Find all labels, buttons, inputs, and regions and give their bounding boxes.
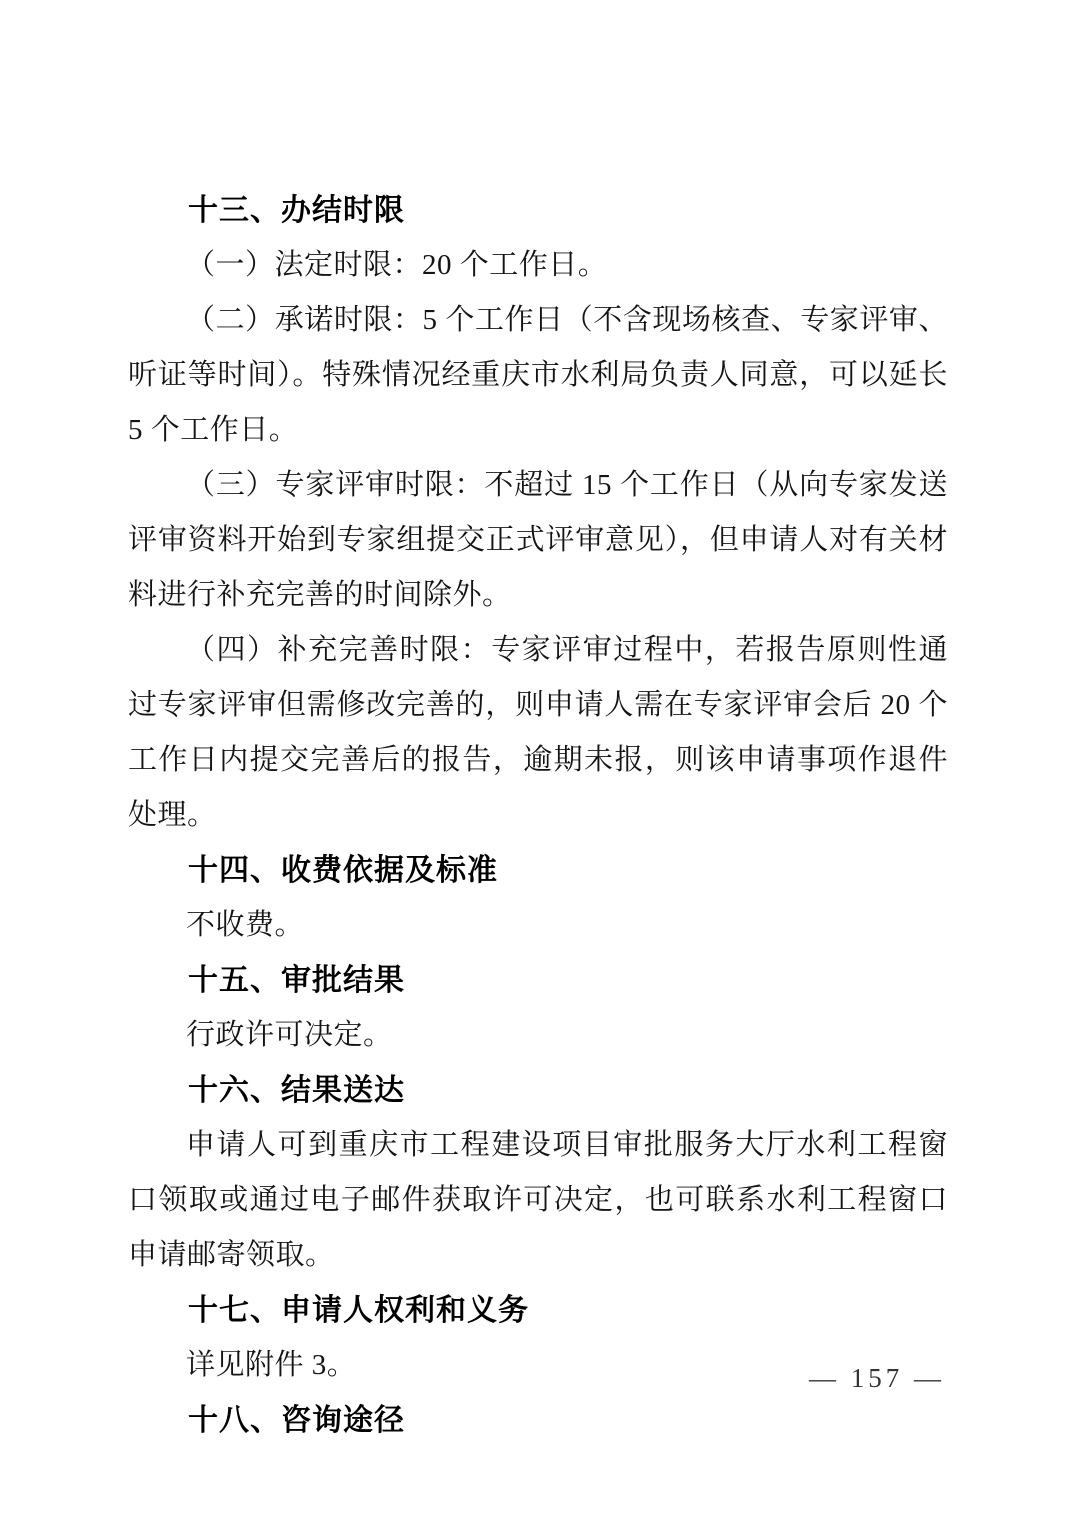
section-heading-14: 十四、收费依据及标准 xyxy=(128,843,948,898)
section-heading-16: 十六、结果送达 xyxy=(128,1063,948,1118)
document-body: 十三、办结时限 （一）法定时限：20 个工作日。 （二）承诺时限：5 个工作日（… xyxy=(128,183,948,1448)
page-number: — 157 — xyxy=(809,1362,945,1394)
paragraph-legal-limit: （一）法定时限：20 个工作日。 xyxy=(128,238,948,293)
paragraph-supplement-limit: （四）补充完善时限：专家评审过程中，若报告原则性通过专家评审但需修改完善的，则申… xyxy=(128,623,948,843)
document-page: 十三、办结时限 （一）法定时限：20 个工作日。 （二）承诺时限：5 个工作日（… xyxy=(0,0,1075,1519)
section-heading-13: 十三、办结时限 xyxy=(128,183,948,238)
section-heading-17: 十七、申请人权利和义务 xyxy=(128,1283,948,1338)
paragraph-approval-result: 行政许可决定。 xyxy=(128,1008,948,1063)
paragraph-fee: 不收费。 xyxy=(128,898,948,953)
section-heading-18: 十八、咨询途径 xyxy=(128,1393,948,1448)
paragraph-result-delivery: 申请人可到重庆市工程建设项目审批服务大厅水利工程窗口领取或通过电子邮件获取许可决… xyxy=(128,1118,948,1283)
section-heading-15: 十五、审批结果 xyxy=(128,953,948,1008)
paragraph-expert-review-limit: （三）专家评审时限：不超过 15 个工作日（从向专家发送评审资料开始到专家组提交… xyxy=(128,458,948,623)
paragraph-promised-limit: （二）承诺时限：5 个工作日（不含现场核查、专家评审、听证等时间）。特殊情况经重… xyxy=(128,293,948,458)
